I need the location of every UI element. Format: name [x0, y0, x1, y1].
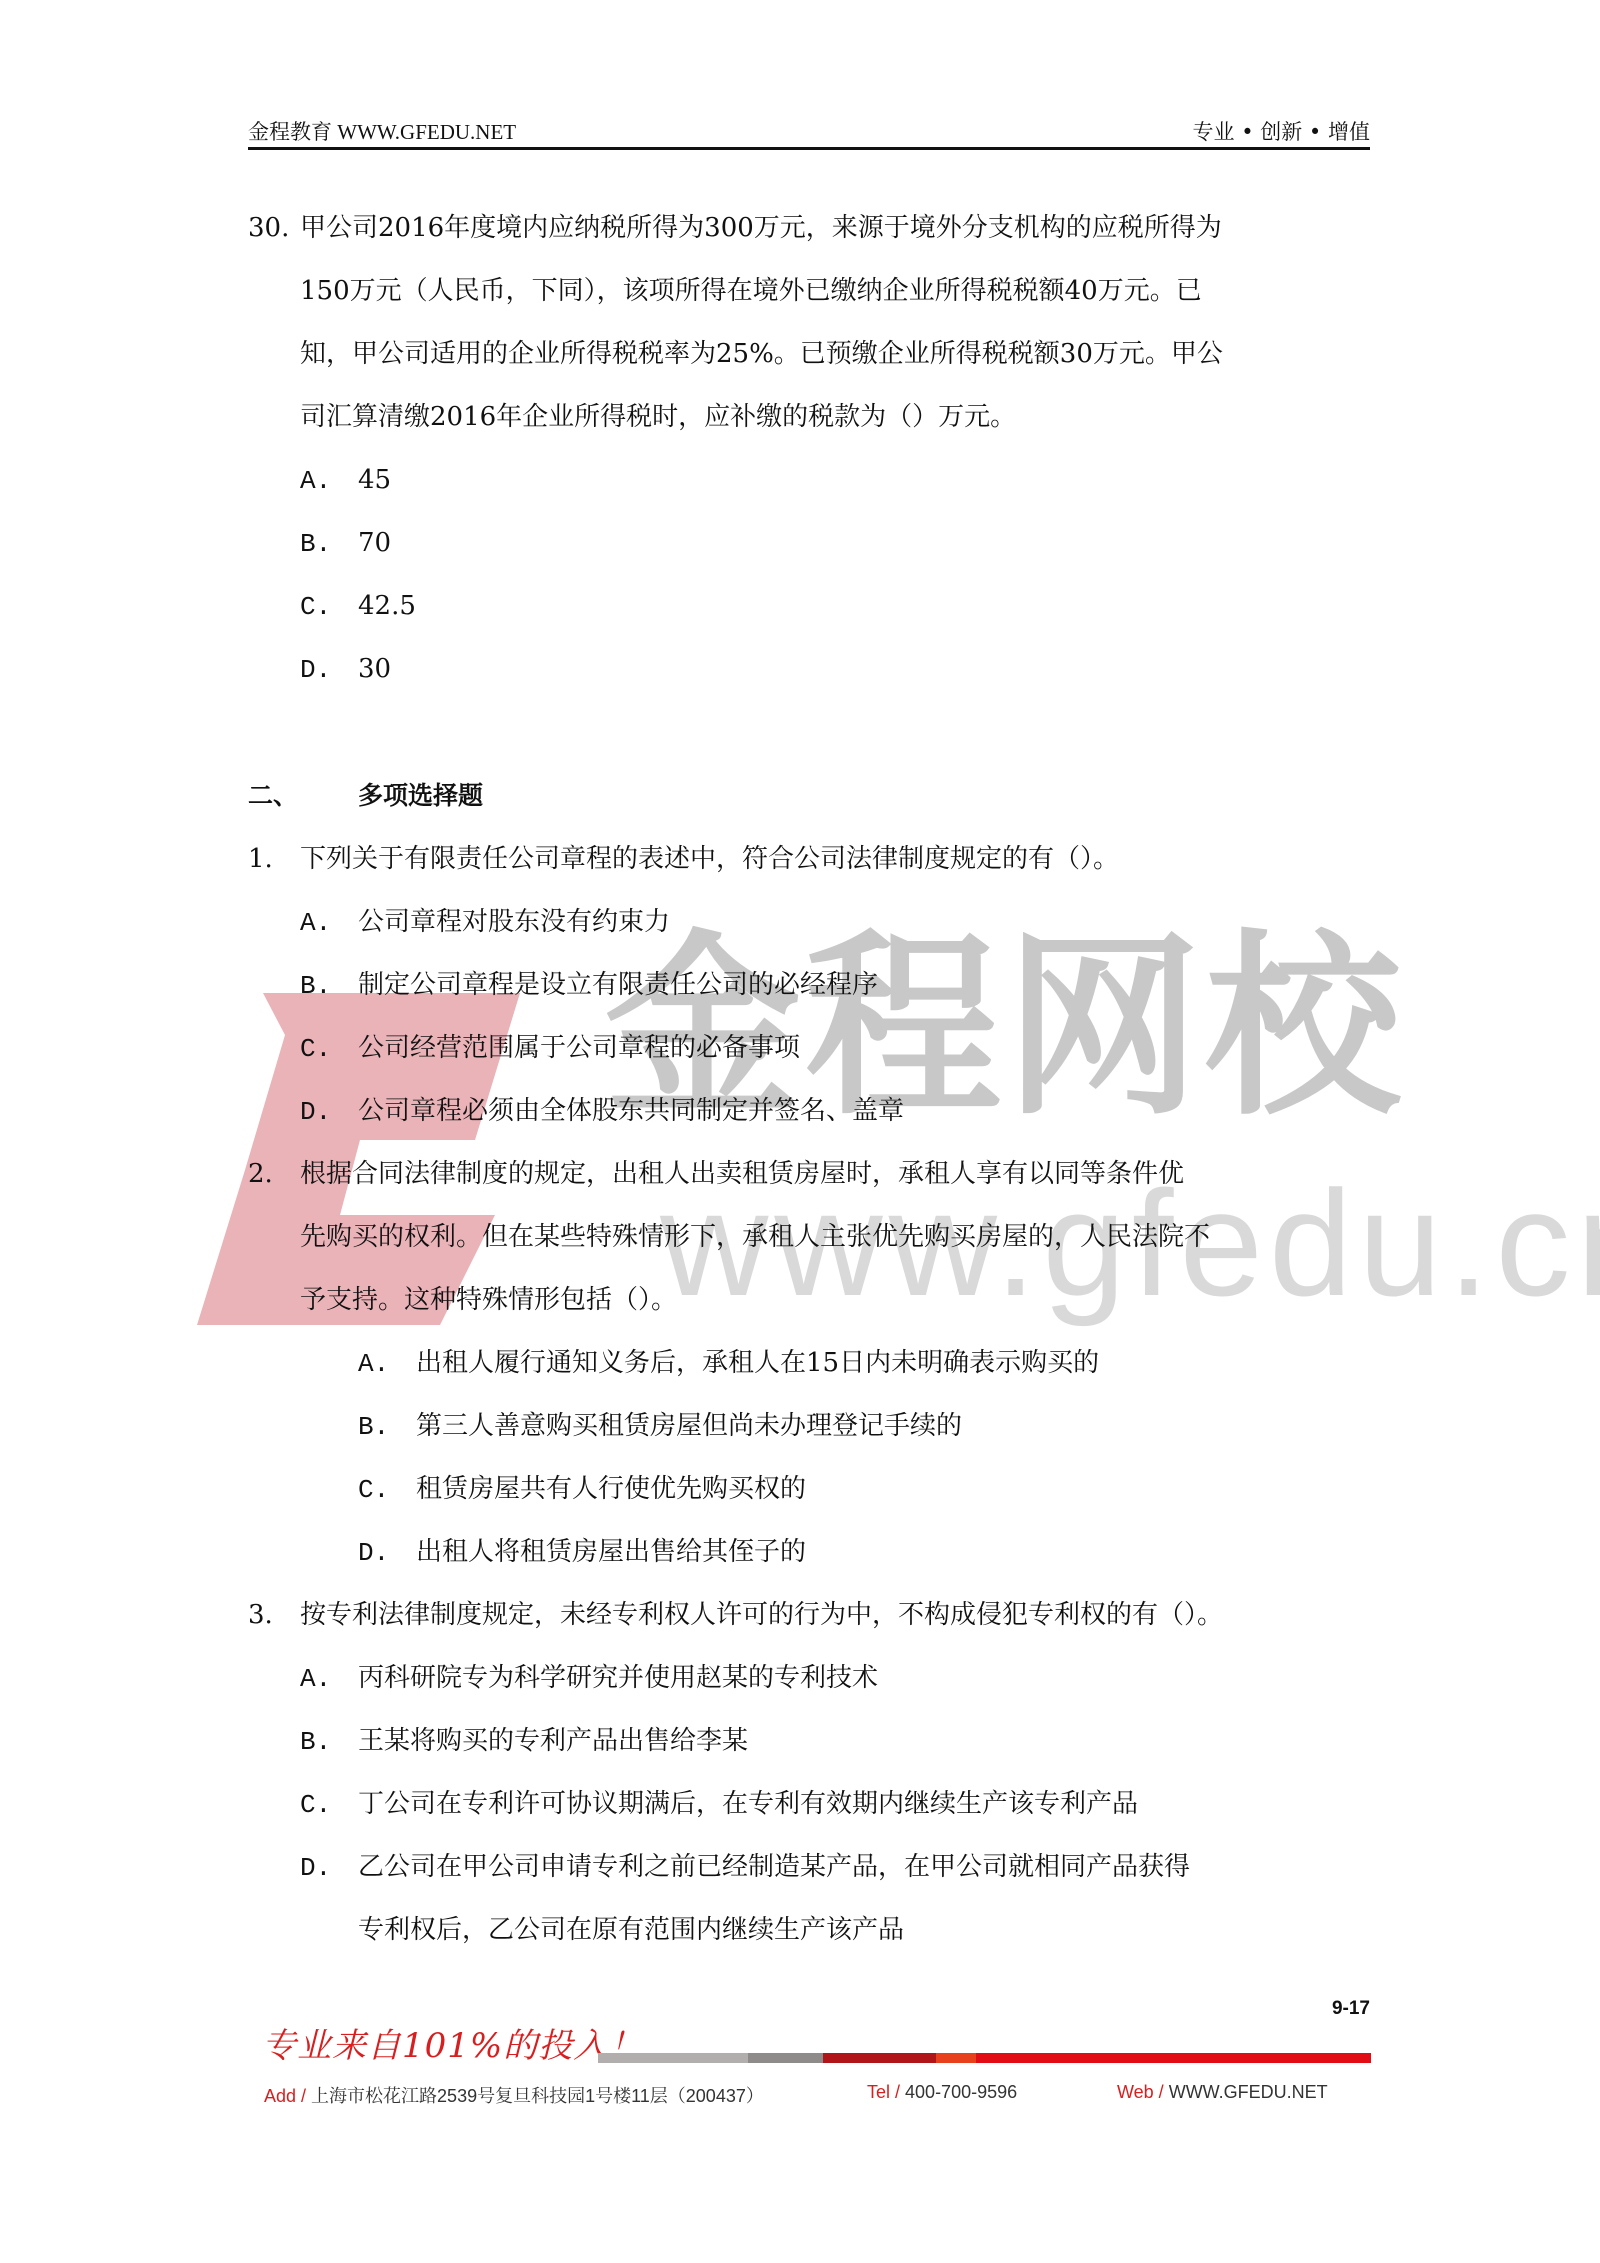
footer-bar-segment-5	[976, 2053, 1371, 2063]
q2-option-a: A.出租人履行通知义务后，承租人在15日内未明确表示购买的	[358, 1347, 1099, 1380]
question-30-line-2: 150万元（人民币，下同），该项所得在境外已缴纳企业所得税税额40万元。已	[300, 275, 1202, 307]
header-tagline: 专业 • 创新 • 增值	[1193, 116, 1370, 146]
footer-tel: Tel / 400-700-9596	[867, 2082, 1017, 2103]
footer-bar-segment-3	[823, 2053, 936, 2063]
footer-slogan: 专业来自101%的投入！	[262, 2018, 643, 2067]
header-divider	[248, 147, 1370, 150]
question-2-line-3: 予支持。这种特殊情形包括（）。	[300, 1284, 677, 1316]
q2-option-b: B.第三人善意购买租赁房屋但尚未办理登记手续的	[358, 1410, 962, 1443]
question-30-line-4: 司汇算清缴2016年企业所得税时，应补缴的税款为（）万元。	[300, 401, 1016, 433]
question-3-line-1: 3.按专利法律制度规定，未经专利权人许可的行为中，不构成侵犯专利权的有（）。	[248, 1599, 1223, 1631]
page-header: 金程教育 WWW.GFEDU.NET 专业 • 创新 • 增值	[248, 112, 1370, 152]
question-30-line-3: 知，甲公司适用的企业所得税税率为25%。已预缴企业所得税税额30万元。甲公	[300, 338, 1223, 370]
footer-bar-segment-2	[748, 2053, 823, 2063]
option-b: B.70	[300, 527, 391, 560]
footer-web: Web / WWW.GFEDU.NET	[1117, 2082, 1328, 2103]
question-number: 30.	[248, 212, 300, 244]
question-1-line-1: 1.下列关于有限责任公司章程的表述中，符合公司法律制度规定的有（）。	[248, 843, 1119, 875]
q2-option-c: C.租赁房屋共有人行使优先购买权的	[358, 1473, 806, 1506]
q3-option-b: B.王某将购买的专利产品出售给李某	[300, 1725, 748, 1758]
question-2-line-2: 先购买的权利。但在某些特殊情形下，承租人主张优先购买房屋的，人民法院不	[300, 1221, 1210, 1253]
q2-option-d: D.出租人将租赁房屋出售给其侄子的	[358, 1536, 806, 1569]
tel-label: Tel /	[867, 2082, 900, 2102]
footer-bar-segment-4	[936, 2053, 976, 2063]
section-heading: 二、多项选择题	[248, 780, 483, 812]
footer-bar-segment-1	[598, 2053, 748, 2063]
q1-option-b: B.制定公司章程是设立有限责任公司的必经程序	[300, 969, 878, 1002]
q3-option-d: D.乙公司在甲公司申请专利之前已经制造某产品，在甲公司就相同产品获得	[300, 1851, 1190, 1884]
question-30-line-1: 30.甲公司2016年度境内应纳税所得为300万元，来源于境外分支机构的应税所得…	[248, 212, 1222, 244]
footer-address: Add / 上海市松花江路2539号复旦科技园1号楼11层（200437）	[264, 2082, 764, 2108]
q3-option-c: C.丁公司在专利许可协议期满后，在专利有效期内继续生产该专利产品	[300, 1788, 1138, 1821]
q3-option-a: A.丙科研院专为科学研究并使用赵某的专利技术	[300, 1662, 878, 1695]
header-brand: 金程教育 WWW.GFEDU.NET	[248, 116, 516, 146]
q3-option-d-continuation: 专利权后，乙公司在原有范围内继续生产该产品	[358, 1914, 904, 1946]
q1-option-d: D.公司章程必须由全体股东共同制定并签名、盖章	[300, 1095, 904, 1128]
address-label: Add /	[264, 2086, 306, 2106]
gfedu-watermark-logo-icon	[185, 955, 635, 1325]
option-d: D.30	[300, 653, 391, 686]
page-number: 9-17	[1332, 1998, 1370, 2020]
web-label: Web /	[1117, 2082, 1164, 2102]
option-c: C.42.5	[300, 590, 416, 623]
q1-option-c: C.公司经营范围属于公司章程的必备事项	[300, 1032, 800, 1065]
q1-option-a: A.公司章程对股东没有约束力	[300, 906, 670, 939]
option-a: A.45	[300, 464, 391, 497]
question-2-line-1: 2.根据合同法律制度的规定，出租人出卖租赁房屋时，承租人享有以同等条件优	[248, 1158, 1184, 1190]
